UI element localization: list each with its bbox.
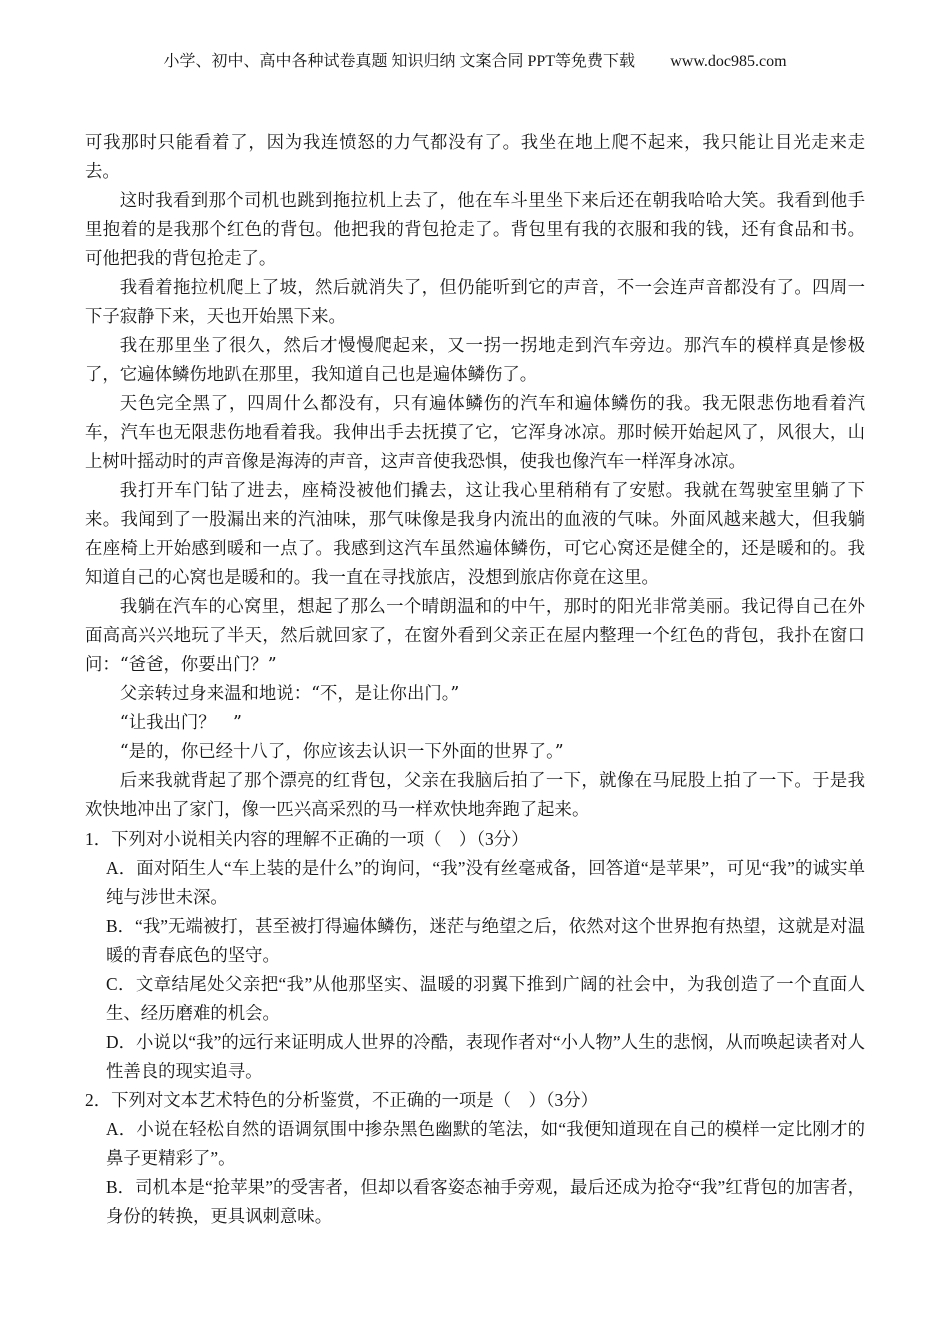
passage-paragraph-1: 可我那时只能看着了，因为我连愤怒的力气都没有了。我坐在地上爬不起来，我只能让目光…: [85, 129, 865, 187]
question-1-stem: 1．下列对小说相关内容的理解不正确的一项（ ）（3分）: [85, 825, 865, 854]
passage-paragraph-3: 我看着拖拉机爬上了坡，然后就消失了，但仍能听到它的声音，不一会连声音都没有了。四…: [85, 274, 865, 332]
passage-paragraph-10: “是的，你已经十八了，你应该去认识一下外面的世界了。”: [85, 738, 865, 767]
question-1-option-d: D．小说以“我”的远行来证明成人世界的冷酷，表现作者对“小人物”人生的悲悯，从而…: [85, 1028, 865, 1086]
header-site-url: www.doc985.com: [670, 53, 786, 70]
question-1-option-c: C．文章结尾处父亲把“我”从他那坚实、温暖的羽翼下推到广阔的社会中，为我创造了一…: [85, 970, 865, 1028]
passage-paragraph-6: 我打开车门钻了进去，座椅没被他们撬去，这让我心里稍稍有了安慰。我就在驾驶室里躺了…: [85, 477, 865, 593]
question-2-option-b: B．司机本是“抢苹果”的受害者，但却以看客姿态袖手旁观，最后还成为抢夺“我”红背…: [85, 1173, 865, 1231]
document-page: 小学、初中、高中各种试卷真题 知识归纳 文案合同 PPT等免费下载www.doc…: [0, 0, 950, 1344]
passage-paragraph-11: 后来我就背起了那个漂亮的红背包，父亲在我脑后拍了一下，就像在马屁股上拍了一下。于…: [85, 767, 865, 825]
header-promo-text: 小学、初中、高中各种试卷真题 知识归纳 文案合同 PPT等免费下载: [163, 53, 635, 70]
passage-paragraph-4: 我在那里坐了很久，然后才慢慢爬起来，又一拐一拐地走到汽车旁边。那汽车的模样真是惨…: [85, 332, 865, 390]
passage-paragraph-9: “让我出门？ ”: [85, 709, 865, 738]
passage-paragraph-8: 父亲转过身来温和地说：“不，是让你出门。”: [85, 680, 865, 709]
question-2: 2．下列对文本艺术特色的分析鉴赏，不正确的一项是（ ）（3分） A．小说在轻松自…: [85, 1086, 865, 1231]
passage-body: 可我那时只能看着了，因为我连愤怒的力气都没有了。我坐在地上爬不起来，我只能让目光…: [85, 129, 865, 1231]
question-1: 1．下列对小说相关内容的理解不正确的一项（ ）（3分） A．面对陌生人“车上装的…: [85, 825, 865, 1086]
question-2-stem: 2．下列对文本艺术特色的分析鉴赏，不正确的一项是（ ）（3分）: [85, 1086, 865, 1115]
passage-paragraph-5: 天色完全黑了，四周什么都没有，只有遍体鳞伤的汽车和遍体鳞伤的我。我无限悲伤地看着…: [85, 390, 865, 477]
passage-paragraph-2: 这时我看到那个司机也跳到拖拉机上去了，他在车斗里坐下来后还在朝我哈哈大笑。我看到…: [85, 187, 865, 274]
question-1-option-b: B．“我”无端被打，甚至被打得遍体鳞伤，迷茫与绝望之后，依然对这个世界抱有热望，…: [85, 912, 865, 970]
passage-paragraph-7: 我躺在汽车的心窝里，想起了那么一个晴朗温和的中午，那时的阳光非常美丽。我记得自己…: [85, 593, 865, 680]
page-header: 小学、初中、高中各种试卷真题 知识归纳 文案合同 PPT等免费下载www.doc…: [85, 52, 865, 72]
question-2-option-a: A．小说在轻松自然的语调氛围中掺杂黑色幽默的笔法，如“我便知道现在自己的模样一定…: [85, 1115, 865, 1173]
question-1-option-a: A．面对陌生人“车上装的是什么”的询问，“我”没有丝毫戒备，回答道“是苹果”，可…: [85, 854, 865, 912]
